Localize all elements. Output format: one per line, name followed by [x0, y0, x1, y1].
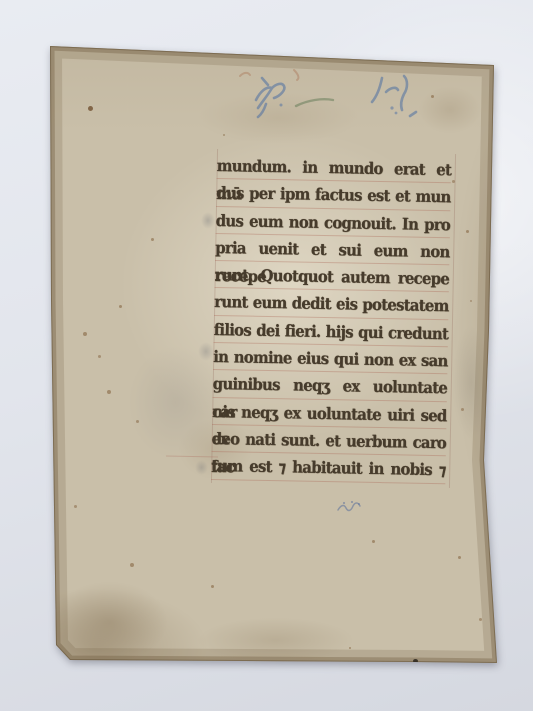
text-line: nis neqʒ ex uoluntate uiri sed ex: [212, 398, 447, 430]
text-line: mundum. in mundo erat et mū: [216, 152, 451, 184]
text-line: guinibus neqʒ ex uoluntate car: [212, 370, 447, 402]
text-block: mundum. in mundo erat et mū dus per ipm …: [211, 152, 451, 484]
text-line: runt eum dedit eis potestatem: [214, 288, 449, 320]
text-line: deo nati sunt. et uerbum caro fac: [211, 425, 446, 457]
text-line: dus eum non cognouit. In pro: [215, 207, 450, 239]
text-line: pria uenit et sui eum non recepe: [215, 234, 450, 266]
text-line: filios dei fieri. hijs qui credunt: [213, 316, 448, 348]
text-line: in nomine eius qui non ex san: [213, 343, 448, 375]
text-line: dus per ipm factus est et mun: [216, 179, 451, 211]
manuscript-leaf: mundum. in mundo erat et mū dus per ipm …: [0, 0, 533, 711]
text-line: runt. Quotquot autem recepe: [214, 261, 449, 293]
photo-background: mundum. in mundo erat et mū dus per ipm …: [0, 0, 533, 711]
parchment-surface: mundum. in mundo erat et mū dus per ipm …: [0, 0, 533, 711]
text-line: tum est ⁊ habitauit in nobis ⁊: [211, 452, 446, 484]
